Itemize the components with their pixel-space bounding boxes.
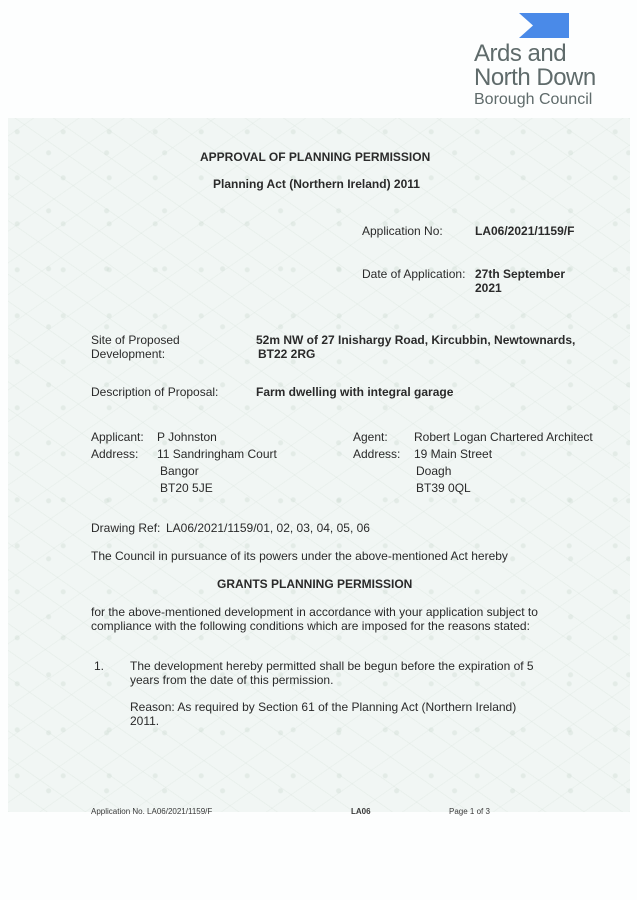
- applicant-address-line3: BT20 5JE: [160, 481, 213, 496]
- site-value-line2: BT22 2RG: [258, 347, 315, 362]
- condition-text-line1: The development hereby permitted shall b…: [130, 659, 534, 674]
- agent-address-label: Address:: [353, 447, 400, 462]
- agent-address-line3: BT39 0QL: [416, 481, 471, 496]
- council-statement: The Council in pursuance of its powers u…: [91, 549, 508, 564]
- proposal-label: Description of Proposal:: [91, 385, 218, 400]
- proposal-value: Farm dwelling with integral garage: [256, 385, 453, 400]
- grant-heading: GRANTS PLANNING PERMISSION: [217, 577, 412, 592]
- condition-reason-line1: Reason: As required by Section 61 of the…: [130, 700, 516, 715]
- applicant-address-line2: Bangor: [160, 464, 199, 479]
- application-date-value-line1: 27th September: [475, 267, 565, 282]
- document-title: APPROVAL OF PLANNING PERMISSION: [200, 150, 430, 165]
- site-label-line1: Site of Proposed: [91, 333, 180, 348]
- condition-text-line2: years from the date of this permission.: [130, 673, 333, 688]
- logo-text-line3: Borough Council: [474, 91, 592, 109]
- agent-label: Agent:: [353, 430, 388, 445]
- application-number-value: LA06/2021/1159/F: [475, 224, 574, 239]
- site-label-line2: Development:: [91, 347, 165, 362]
- application-number-label: Application No:: [362, 224, 443, 239]
- agent-name: Robert Logan Chartered Architect: [414, 430, 593, 445]
- condition-reason-line2: 2011.: [130, 714, 159, 729]
- footer-code: LA06: [351, 804, 371, 819]
- conditions-intro-line1: for the above-mentioned development in a…: [91, 605, 538, 620]
- drawing-ref-label: Drawing Ref:: [91, 521, 160, 536]
- conditions-intro-line2: compliance with the following conditions…: [91, 619, 530, 634]
- flag-icon: [519, 13, 569, 38]
- document-subtitle: Planning Act (Northern Ireland) 2011: [213, 177, 420, 192]
- application-date-value-line2: 2021: [475, 281, 502, 296]
- footer-page-number: Page 1 of 3: [449, 804, 490, 819]
- applicant-label: Applicant:: [91, 430, 144, 445]
- applicant-address-label: Address:: [91, 447, 138, 462]
- footer-application-number: Application No. LA06/2021/1159/F: [91, 804, 212, 819]
- agent-address-line2: Doagh: [416, 464, 451, 479]
- condition-number: 1.: [94, 659, 104, 674]
- drawing-ref-value: LA06/2021/1159/01, 02, 03, 04, 05, 06: [166, 521, 370, 536]
- site-value-line1: 52m NW of 27 Inishargy Road, Kircubbin, …: [256, 333, 575, 348]
- logo-text-line2: North Down: [474, 64, 596, 92]
- agent-address-line1: 19 Main Street: [414, 447, 492, 462]
- application-date-label: Date of Application:: [362, 267, 465, 282]
- applicant-name: P Johnston: [157, 430, 217, 445]
- applicant-address-line1: 11 Sandringham Court: [157, 447, 277, 462]
